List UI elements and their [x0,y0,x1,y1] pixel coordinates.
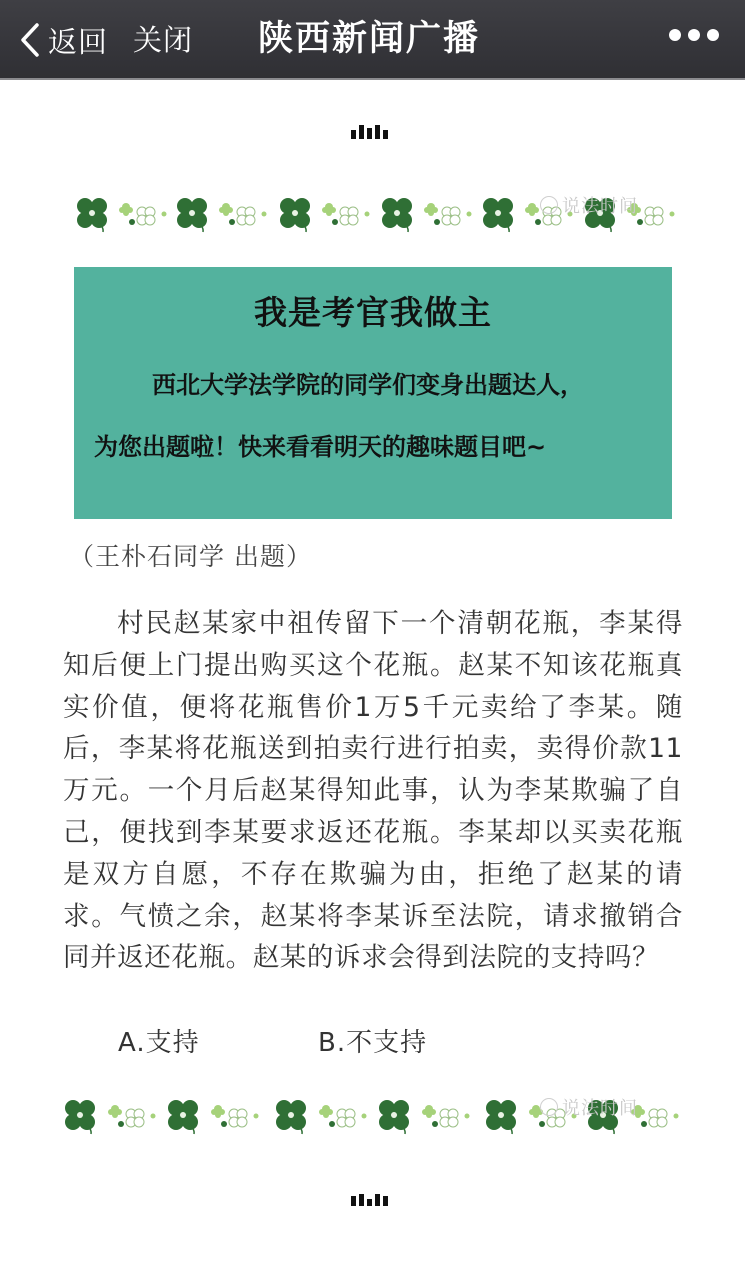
watermark-text: 说法时间 [562,192,638,218]
watermark: 说法时间 [540,192,638,218]
bar-loading-icon [351,125,388,139]
question-author: （王朴石同学 出题） [69,537,312,573]
watermark: 说法时间 [540,1094,638,1120]
watermark-logo-icon [540,1098,558,1116]
question-text: 村民赵某家中祖传留下一个清朝花瓶，李某得知后便上门提出购买这个花瓶。赵某不知该花… [63,603,683,979]
watermark-logo-icon [540,196,558,214]
intro-banner: 我是考官我做主 西北大学法学院的同学们变身出题达人， 为您出题啦！快来看看明天的… [74,267,672,519]
watermark-text: 说法时间 [562,1094,638,1120]
bar-loading-icon [351,1194,388,1206]
back-button[interactable]: 返回 [18,18,108,62]
ellipsis-icon [688,29,700,41]
banner-title: 我是考官我做主 [74,287,672,334]
more-options-button[interactable] [669,29,719,41]
banner-text-line1: 西北大学法学院的同学们变身出题达人， [152,365,584,400]
chevron-left-icon [18,22,42,58]
back-label: 返回 [48,20,108,61]
option-b: B.不支持 [318,1022,427,1059]
page-title: 陕西新闻广播 [258,14,480,64]
top-navbar: 返回 关闭 陕西新闻广播 [0,0,745,80]
banner-text-line2: 为您出题啦！快来看看明天的趣味题目吧~ [94,427,546,462]
option-a: A.支持 [118,1022,200,1059]
close-button[interactable]: 关闭 [133,18,193,62]
ellipsis-icon [669,29,681,41]
ellipsis-icon [707,29,719,41]
